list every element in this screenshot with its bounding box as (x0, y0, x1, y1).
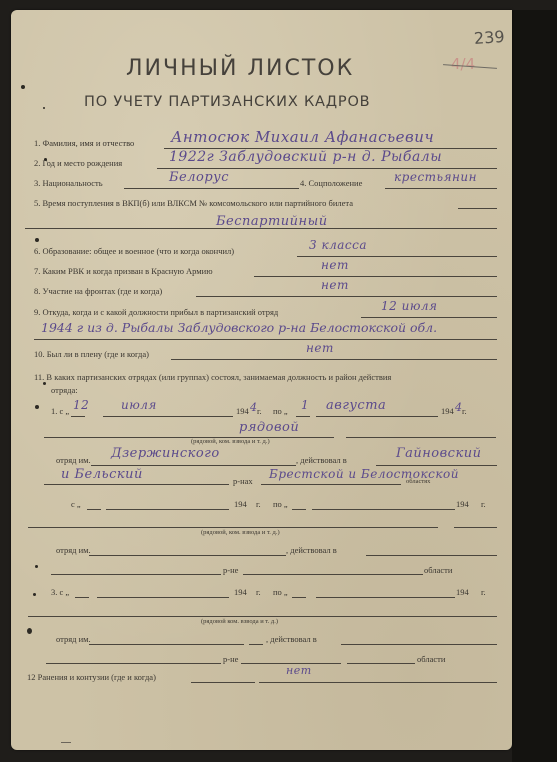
entry-3-district-label: р-не (223, 654, 238, 664)
field-9-line-a (361, 317, 497, 318)
entry-3-year-from: 194 (234, 587, 247, 597)
entry-2-day-from-line (87, 509, 101, 510)
punch-hole (43, 107, 45, 109)
entry-2-prefix: с „ (71, 499, 81, 509)
entry-3-year-to: 194 (456, 587, 469, 597)
field-6-value: 3 класса (309, 238, 367, 252)
field-5-label: 5. Время поступления в ВКП(б) или ВЛКСМ … (34, 198, 353, 208)
entry-3-acted-line (341, 644, 497, 645)
entry-3-position-line (28, 616, 497, 617)
entry-3-month-to-line (316, 597, 455, 598)
entry-3-month-from-line (97, 597, 229, 598)
field-9-line-b (34, 339, 497, 340)
entry-1-day-from: 12 (73, 398, 89, 412)
entry-3-g-to: г. (481, 587, 486, 597)
entry-2-year-to: 194 (456, 499, 469, 509)
field-4-label: 4. Соцположение (300, 178, 362, 188)
entry-1-acted-label: , действовал в (296, 455, 347, 465)
entry-1-acted-line (376, 465, 497, 466)
field-1-value: Антосюк Михаил Афанасьевич (171, 128, 434, 146)
field-4-value: крестьянин (394, 170, 477, 184)
entry-3-oblast-line-b (347, 663, 415, 664)
entry-1-month-to-line (316, 416, 438, 417)
entry-2-otryad-label: отряд им. (56, 545, 91, 555)
field-4-line (385, 188, 497, 189)
entry-1-month-from: июля (121, 398, 157, 412)
punch-hole (43, 382, 46, 385)
entry-2-district-label: р-не (223, 565, 238, 575)
field-8-label: 8. Участие на фронтах (где и когда) (34, 286, 162, 296)
field-12-line-a (191, 682, 255, 683)
field-11-label-cont: отряда: (51, 385, 78, 395)
field-12-value: нет (286, 664, 312, 677)
entry-3-district-line (46, 663, 141, 664)
entry-2-po: по „ (273, 499, 288, 509)
entry-1-position-line (44, 437, 334, 438)
entry-1-position: рядовой (239, 420, 299, 435)
field-7-value: нет (321, 258, 349, 272)
field-10-line (171, 359, 497, 360)
entry-3-oblast-label: области (417, 654, 445, 664)
entry-2-otryad-line (89, 555, 286, 556)
field-8-line (196, 296, 497, 297)
entry-1-oblast-line (261, 484, 401, 485)
entry-2-g-to: г. (481, 499, 486, 509)
entry-2-month-to-line (312, 509, 455, 510)
entry-2-acted-label: , действовал в (286, 545, 337, 555)
entry-3-district-line-b (141, 663, 221, 664)
entry-1-day-to: 1 (301, 398, 309, 412)
entry-2-position-line (28, 527, 438, 528)
page-subtitle: ПО УЧЕТУ ПАРТИЗАНСКИХ КАДРОВ (84, 94, 370, 110)
field-2-label: 2. Год и место рождения (34, 158, 122, 168)
entry-1-otryad-value: Дзержинского (111, 446, 220, 461)
entry-2-month-from-line (106, 509, 229, 510)
field-9-value-2: 1944 г из д. Рыбалы Заблудовского р-на Б… (41, 320, 437, 335)
field-10-value: нет (306, 341, 334, 355)
field-9-value-1: 12 июля (381, 299, 437, 313)
entry-2-g-from: г. (256, 499, 261, 509)
field-5-line-a (458, 208, 497, 209)
punch-hole (35, 405, 39, 409)
stray-mark (61, 742, 71, 743)
field-10-label: 10. Был ли в плену (где и когда) (34, 349, 149, 359)
entry-1-position-line-b (346, 437, 496, 438)
field-2-line (157, 168, 497, 169)
entry-1-otryad-line (91, 465, 296, 466)
entry-3-day-to-line (292, 597, 306, 598)
archive-number: 239 (473, 27, 505, 48)
field-7-line (254, 276, 497, 277)
entry-1-district-line (44, 484, 229, 485)
punch-hole (21, 85, 25, 89)
field-6-line (297, 256, 497, 257)
entry-3-position-hint: (рядовой ком. взвода и т. д.) (201, 618, 278, 625)
document-page: 239 4/4 ЛИЧНЫЙ ЛИСТОК ПО УЧЕТУ ПАРТИЗАНС… (11, 10, 512, 750)
entry-3-g-from: г. (256, 587, 261, 597)
entry-1-oblast-label: областях (406, 478, 430, 485)
field-11-label: 11. В каких партизанских отрядах (или гр… (34, 372, 391, 382)
entry-2-position-hint: (рядовой, ком. взвода и т. д.) (201, 529, 280, 536)
entry-1-g-from: г. (257, 406, 262, 416)
entry-3-otryad-label: отряд им. (56, 634, 91, 644)
entry-3-otryad-line-b (249, 644, 263, 645)
entry-2-year-from: 194 (234, 499, 247, 509)
punch-hole (33, 593, 36, 596)
entry-2-acted-line (366, 555, 497, 556)
entry-1-district-label: р-нах (233, 476, 253, 486)
entry-1-prefix: 1. с „ (51, 406, 69, 416)
entry-1-day-to-line (296, 416, 310, 417)
entry-2-district-line (51, 574, 221, 575)
field-5-value: Беспартийный (216, 214, 328, 229)
entry-1-month-to: августа (326, 398, 386, 413)
entry-3-prefix: 3. с „ (51, 587, 69, 597)
entry-3-po: по „ (273, 587, 288, 597)
entry-1-oblast-value: Брестской и Белостокской (269, 467, 459, 481)
entry-3-otryad-line (89, 644, 244, 645)
entry-1-day-from-line (71, 416, 85, 417)
entry-1-position-hint: (рядовой, ком. взвода и т. д.) (191, 438, 270, 445)
scan-background (512, 10, 557, 762)
field-7-label: 7. Каким РВК и когда призван в Красную А… (34, 266, 213, 276)
field-6-label: 6. Образование: общее и военное (что и к… (34, 246, 234, 256)
entry-1-district-value: и Бельский (61, 467, 143, 482)
field-12-line-b (259, 682, 497, 683)
field-8-value: нет (321, 278, 349, 292)
entry-2-day-to-line (292, 509, 306, 510)
entry-3-acted-label: , действовал в (266, 634, 317, 644)
page-title: ЛИЧНЫЙ ЛИСТОК (126, 56, 354, 81)
field-3-value: Белорус (169, 170, 229, 185)
entry-2-oblast-label: области (424, 565, 452, 575)
field-3-label: 3. Национальность (34, 178, 103, 188)
entry-2-position-line-b (454, 527, 497, 528)
entry-1-year-from: 194 (236, 406, 249, 416)
entry-1-g-to: г. (462, 406, 467, 416)
entry-1-year-to: 194 (441, 406, 454, 416)
field-2-value: 1922г Заблудовский р-н д. Рыбалы (169, 149, 442, 165)
entry-1-otryad-label: отряд им. (56, 455, 91, 465)
entry-1-month-from-line (103, 416, 233, 417)
entry-1-po: по „ (273, 406, 288, 416)
punch-hole (35, 565, 38, 568)
punch-hole (27, 628, 32, 634)
field-9-label: 9. Откуда, когда и с какой должности при… (34, 307, 278, 317)
field-3-line (124, 188, 299, 189)
entry-2-oblast-line (243, 574, 423, 575)
punch-hole (35, 238, 39, 242)
entry-3-day-from-line (75, 597, 89, 598)
entry-1-acted-value: Гайновский (396, 446, 481, 461)
field-1-label: 1. Фамилия, имя и отчество (34, 138, 134, 148)
field-12-label: 12 Ранения и контузии (где и когда) (27, 672, 156, 682)
